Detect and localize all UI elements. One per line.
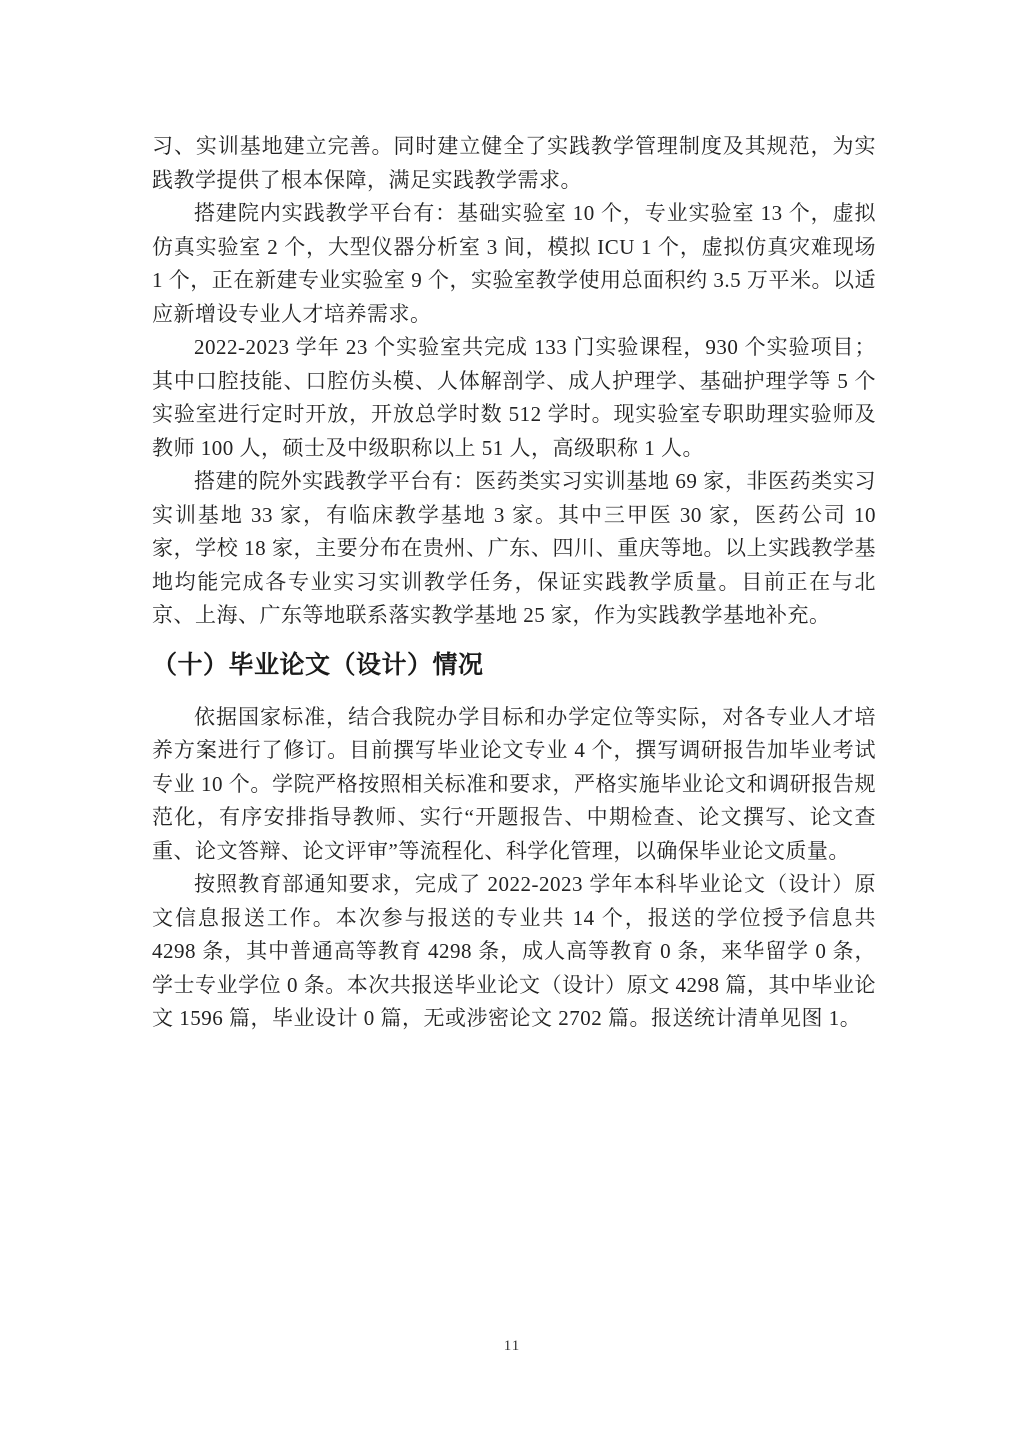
- document-body: 习、实训基地建立完善。同时建立健全了实践教学管理制度及其规范，为实践教学提供了根…: [152, 130, 876, 1036]
- paragraph-internal-practice-platform: 搭建院内实践教学平台有：基础实验室 10 个，专业实验室 13 个，虚拟仿真实验…: [152, 197, 876, 331]
- paragraph-thesis-submission-statistics: 按照教育部通知要求，完成了 2022-2023 学年本科毕业论文（设计）原文信息…: [152, 868, 876, 1036]
- paragraph-external-practice-platform: 搭建的院外实践教学平台有：医药类实习实训基地 69 家，非医药类实习实训基地 3…: [152, 465, 876, 633]
- document-page: 习、实训基地建立完善。同时建立健全了实践教学管理制度及其规范，为实践教学提供了根…: [0, 0, 1024, 1448]
- paragraph-practice-base-continuation: 习、实训基地建立完善。同时建立健全了实践教学管理制度及其规范，为实践教学提供了根…: [152, 130, 876, 197]
- paragraph-thesis-management: 依据国家标准，结合我院办学目标和办学定位等实际，对各专业人才培养方案进行了修订。…: [152, 701, 876, 869]
- page-number: 11: [0, 1336, 1024, 1356]
- section-heading-thesis: （十）毕业论文（设计）情况: [152, 645, 876, 685]
- paragraph-lab-course-statistics: 2022-2023 学年 23 个实验室共完成 133 门实验课程，930 个实…: [152, 331, 876, 465]
